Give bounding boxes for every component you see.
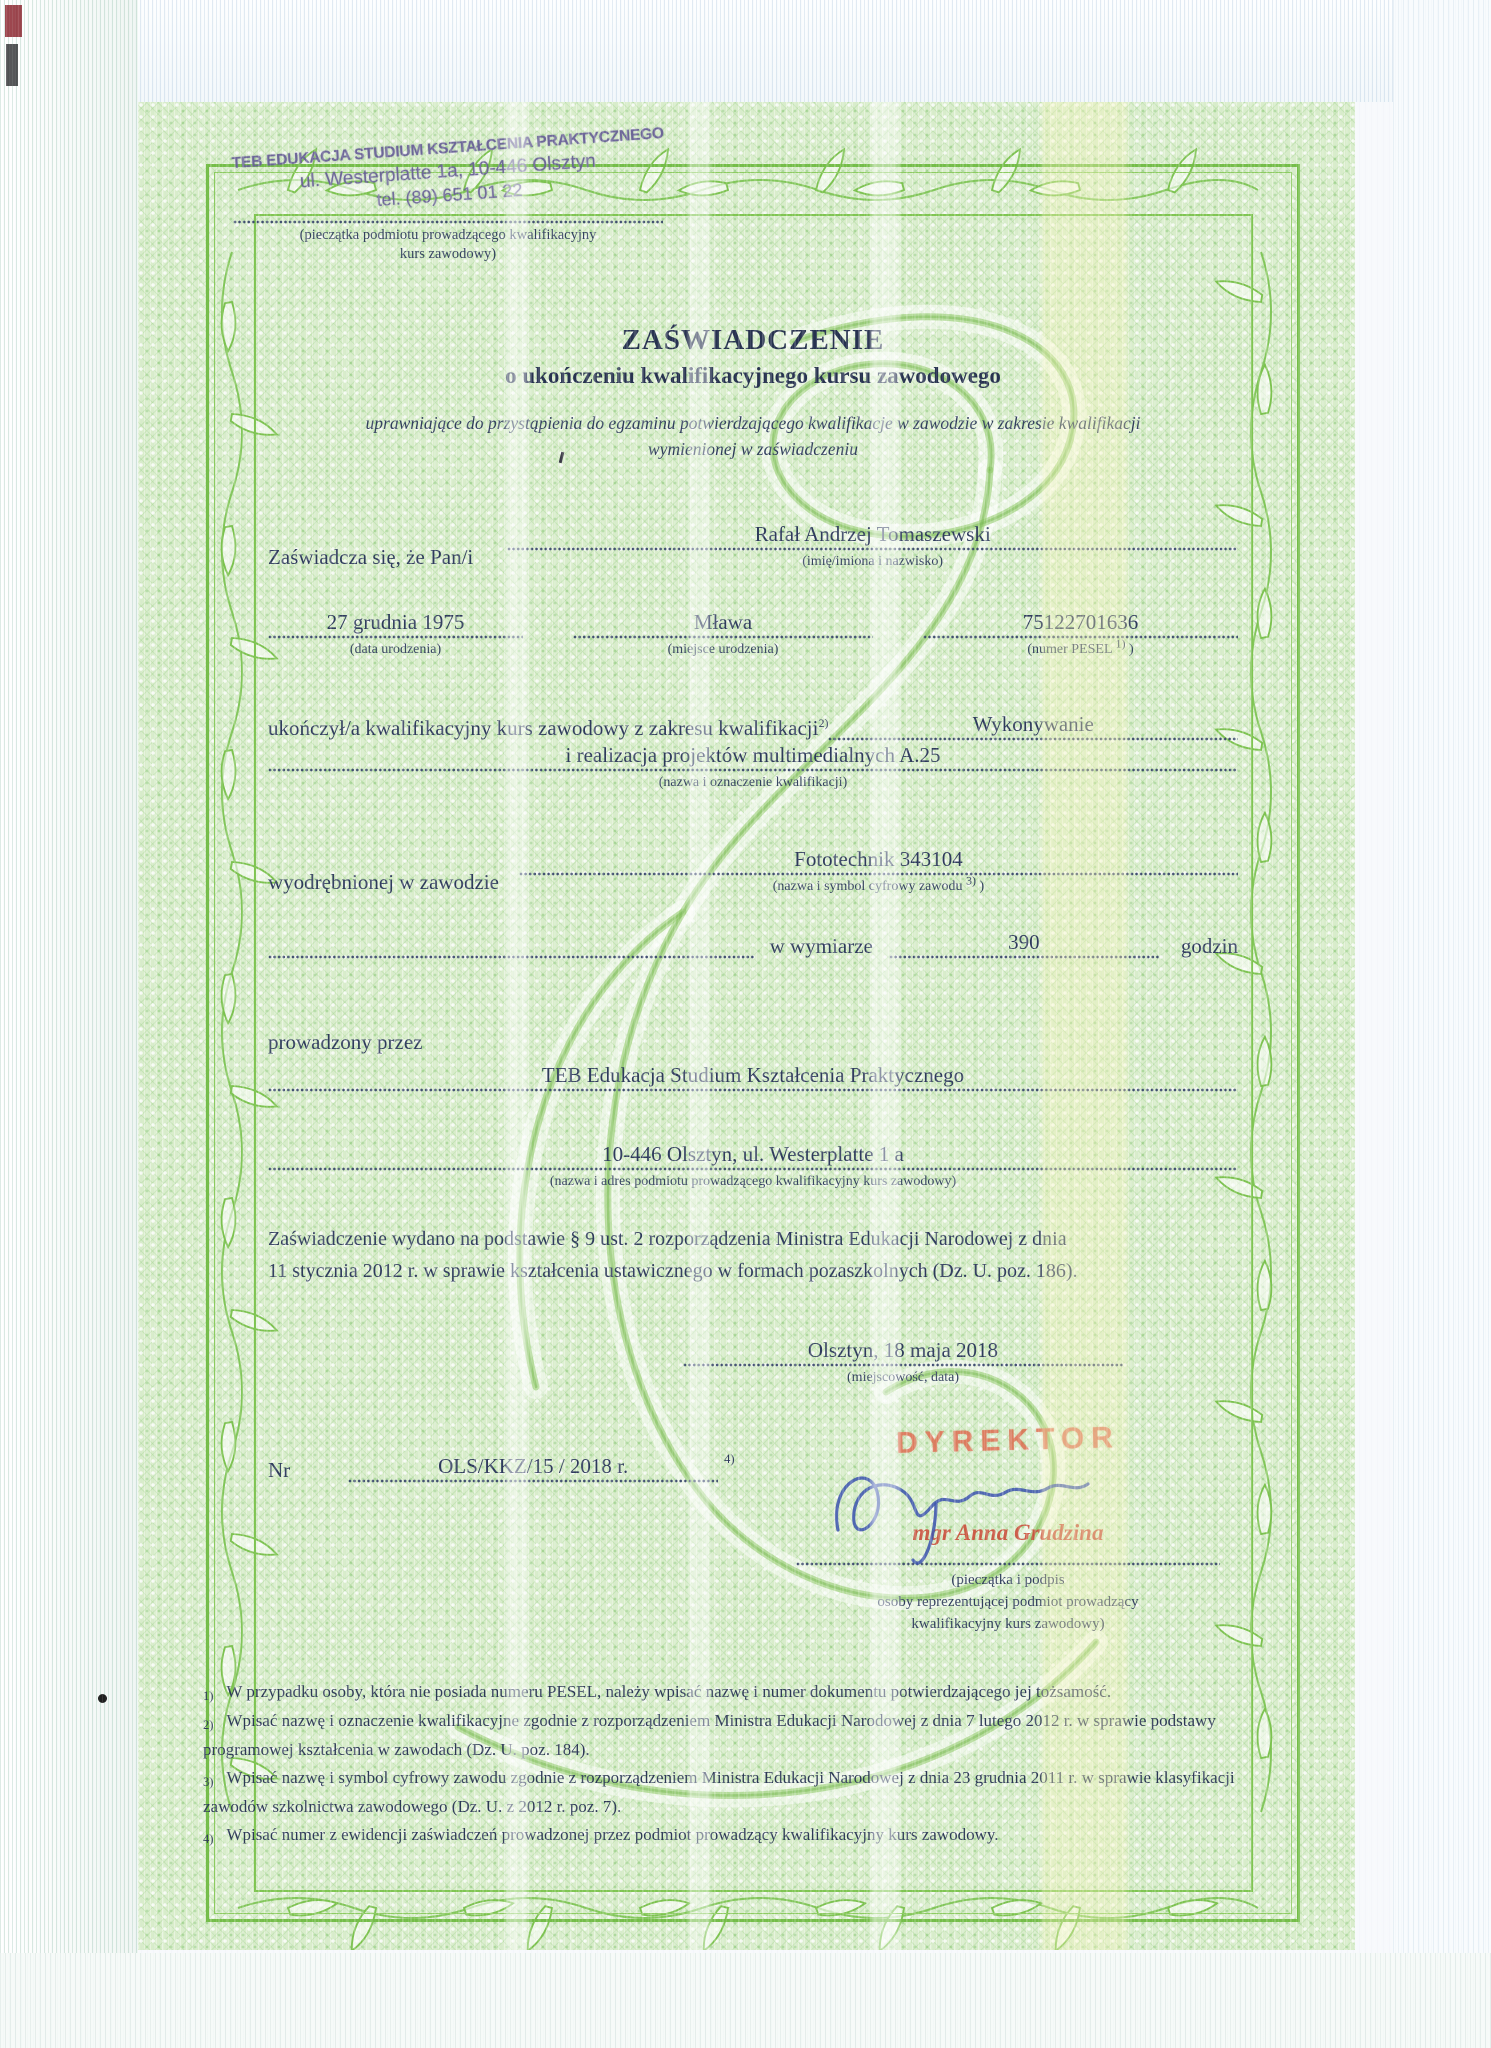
dotted-line xyxy=(268,768,1238,772)
birth-date-caption: (data urodzenia) xyxy=(268,642,523,658)
provider-name-field: TEB Edukacja Studium Kształcenia Praktyc… xyxy=(268,1063,1238,1092)
hours-row: w wymiarze 390 godzin xyxy=(268,930,1238,959)
qualification-block: ukończył/a kwalifikacyjny kurs zawodowy … xyxy=(268,712,1238,791)
certificate-subtitle: o ukończeniu kwalifikacyjnego kursu zawo… xyxy=(268,363,1238,389)
dotted-line xyxy=(348,1479,718,1483)
pesel-caption: (numer PESEL 1) ) xyxy=(923,642,1238,658)
hours-value: 390 xyxy=(889,930,1159,955)
footnote-4-ref: 4) xyxy=(203,1832,213,1846)
holder-name-row: Zaświadcza się, że Pan/i Rafał Andrzej T… xyxy=(268,522,1238,570)
provider-block: prowadzony przez TEB Edukacja Studium Ks… xyxy=(268,1030,1238,1092)
scan-artifact-top xyxy=(0,0,1491,102)
conducted-by-label: prowadzony przez xyxy=(268,1030,1238,1055)
provider-caption: (nazwa i adres podmiotu prowadzącego kwa… xyxy=(268,1174,1238,1190)
margin-dot xyxy=(98,1694,107,1703)
footnote-2-text: Wpisać nazwę i oznaczenie kwalifikacyjne… xyxy=(203,1711,1216,1759)
completed-label-text: ukończył/a kwalifikacyjny kurs zawodowy … xyxy=(268,716,818,740)
dotted-line xyxy=(268,635,523,639)
profession-caption-text: (nazwa i symbol cyfrowy zawodu xyxy=(773,879,963,894)
dotted-line xyxy=(507,547,1238,551)
footnote-ref-4: 4) xyxy=(724,1452,734,1467)
scan-artifact-bottom xyxy=(0,1953,1491,2048)
qualification-caption: (nazwa i oznaczenie kwalifikacji) xyxy=(268,775,1238,791)
birth-place-value: Mława xyxy=(573,610,873,635)
handwritten-signature xyxy=(820,1434,1130,1584)
footnote-2: 2)Wpisać nazwę i oznaczenie kwalifikacyj… xyxy=(203,1707,1278,1764)
stamp-caption: (pieczątka podmiotu prowadzącego kwalifi… xyxy=(233,226,663,264)
preamble: uprawniające do przystąpienia do egzamin… xyxy=(268,410,1238,463)
footnote-4: 4)Wpisać numer z ewidencji zaświadczeń p… xyxy=(203,1821,1278,1850)
holder-name-value: Rafał Andrzej Tomaszewski xyxy=(507,522,1238,547)
footnote-3: 3)Wpisać nazwę i symbol cyfrowy zawodu z… xyxy=(203,1764,1278,1821)
number-value: OLS/KKZ/15 / 2018 r. xyxy=(348,1454,718,1479)
scanner-edge-mark xyxy=(6,44,18,86)
completed-label: ukończył/a kwalifikacyjny kurs zawodowy … xyxy=(268,716,828,741)
birth-place-caption: (miejsce urodzenia) xyxy=(573,642,873,658)
legal-basis-paragraph: Zaświadczenie wydano na podstawie § 9 us… xyxy=(268,1224,1238,1287)
number-field: OLS/KKZ/15 / 2018 r. xyxy=(348,1454,718,1483)
scan-artifact-left xyxy=(0,0,138,2048)
legal-line1: Zaświadczenie wydano na podstawie § 9 us… xyxy=(268,1228,1067,1250)
birth-date-field: 27 grudnia 1975 (data urodzenia) xyxy=(268,610,523,658)
profession-caption-close: ) xyxy=(976,879,984,894)
title-block: ZAŚWIADCZENIE o ukończeniu kwalifikacyjn… xyxy=(268,324,1238,389)
signature-caption-line3: kwalifikacyjny kurs zawodowy) xyxy=(911,1616,1104,1632)
footnote-ref-2: 2) xyxy=(818,716,828,730)
provider-address-field: 10-446 Olsztyn, ul. Westerplatte 1 a (na… xyxy=(268,1142,1238,1190)
hours-field: 390 xyxy=(889,930,1159,959)
qualification-field-line1: Wykonywanie xyxy=(828,712,1238,741)
dotted-line xyxy=(683,1363,1123,1367)
dotted-line xyxy=(573,635,873,639)
profession-caption: (nazwa i symbol cyfrowy zawodu 3) ) xyxy=(519,879,1238,895)
certificate-content: TEB EDUKACJA STUDIUM KSZTAŁCENIA PRAKTYC… xyxy=(268,102,1238,1950)
dotted-line xyxy=(889,955,1159,959)
qualification-value-line1: Wykonywanie xyxy=(828,712,1238,737)
stamp-caption-line2: kurs zawodowy) xyxy=(400,246,496,262)
signature-block: DYREKTOR mgr Anna Grudzina (pieczątka i … xyxy=(768,1424,1248,1635)
place-date-field: Olsztyn, 18 maja 2018 (miejscowość, data… xyxy=(683,1338,1123,1386)
certificate-title: ZAŚWIADCZENIE xyxy=(268,324,1238,357)
holder-name-caption: (imię/imiona i nazwisko) xyxy=(507,554,1238,570)
footnote-3-ref: 3) xyxy=(203,1775,213,1789)
legal-line2: 11 stycznia 2012 r. w sprawie kształceni… xyxy=(268,1260,1078,1282)
rubber-stamp: TEB EDUKACJA STUDIUM KSZTAŁCENIA PRAKTYC… xyxy=(231,125,665,221)
scan-artifact-right xyxy=(1393,0,1491,2048)
dotted-line xyxy=(268,955,754,959)
profession-row: wyodrębnionej w zawodzie Fototechnik 343… xyxy=(268,847,1238,895)
dotted-line xyxy=(923,635,1238,639)
dotted-line xyxy=(828,737,1238,741)
qualification-row1: ukończył/a kwalifikacyjny kurs zawodowy … xyxy=(268,712,1238,741)
dotted-line xyxy=(268,1167,1238,1171)
footnote-1: 1)W przypadku osoby, która nie posiada n… xyxy=(203,1678,1278,1707)
preamble-line1: uprawniające do przystąpienia do egzamin… xyxy=(366,413,1141,433)
provider-name-value: TEB Edukacja Studium Kształcenia Praktyc… xyxy=(268,1063,1238,1088)
profession-label: wyodrębnionej w zawodzie xyxy=(268,870,519,895)
certificate-sheet: TEB EDUKACJA STUDIUM KSZTAŁCENIA PRAKTYC… xyxy=(138,102,1355,1950)
footnote-2-ref: 2) xyxy=(203,1718,213,1732)
pesel-value: 75122701636 xyxy=(923,610,1238,635)
pesel-caption-close: ) xyxy=(1125,642,1133,657)
holder-name-field: Rafał Andrzej Tomaszewski (imię/imiona i… xyxy=(507,522,1238,570)
pesel-field: 75122701636 (numer PESEL 1) ) xyxy=(923,610,1238,658)
pesel-caption-text: (numer PESEL xyxy=(1027,642,1112,657)
profession-value: Fototechnik 343104 xyxy=(519,847,1238,872)
footnote-1-text: W przypadku osoby, która nie posiada num… xyxy=(226,1682,1111,1701)
certifies-label: Zaświadcza się, że Pan/i xyxy=(268,545,507,570)
stamp-caption-line1: (pieczątka podmiotu prowadzącego kwalifi… xyxy=(300,227,597,243)
signature-caption-line2: osoby reprezentującej podmiot prowadzący xyxy=(877,1594,1138,1610)
stamp-dotted-line xyxy=(233,220,663,224)
dotted-line xyxy=(268,1088,1238,1092)
hours-label: w wymiarze xyxy=(770,934,889,959)
footnote-3-text: Wpisać nazwę i symbol cyfrowy zawodu zgo… xyxy=(203,1768,1235,1816)
footnote-1-ref: 1) xyxy=(203,1689,213,1703)
preamble-line2: wymienionej w zaświadczeniu xyxy=(648,439,858,459)
profession-field: Fototechnik 343104 (nazwa i symbol cyfro… xyxy=(519,847,1238,895)
footnotes-block: 1)W przypadku osoby, która nie posiada n… xyxy=(203,1678,1278,1850)
footnote-ref-3: 3) xyxy=(966,873,976,887)
birth-place-field: Mława (miejsce urodzenia) xyxy=(573,610,873,658)
footnote-4-text: Wpisać numer z ewidencji zaświadczeń pro… xyxy=(226,1825,998,1844)
qualification-field-line2: i realizacja projektów multimedialnych A… xyxy=(268,743,1238,791)
scanned-certificate-page: TEB EDUKACJA STUDIUM KSZTAŁCENIA PRAKTYC… xyxy=(0,0,1491,2048)
place-date-value: Olsztyn, 18 maja 2018 xyxy=(683,1338,1123,1363)
dotted-line xyxy=(519,872,1238,876)
qualification-value-line2: i realizacja projektów multimedialnych A… xyxy=(268,743,1238,768)
scanner-edge-mark xyxy=(5,5,22,37)
footnote-ref-1: 1) xyxy=(1115,636,1125,650)
number-label: Nr xyxy=(268,1458,348,1483)
hours-unit: godzin xyxy=(1159,934,1238,959)
personal-data-row: 27 grudnia 1975 (data urodzenia) Mława (… xyxy=(268,610,1238,658)
provider-address-value: 10-446 Olsztyn, ul. Westerplatte 1 a xyxy=(268,1142,1238,1167)
place-date-caption: (miejscowość, data) xyxy=(683,1370,1123,1386)
birth-date-value: 27 grudnia 1975 xyxy=(268,610,523,635)
provider-stamp-block: TEB EDUKACJA STUDIUM KSZTAŁCENIA PRAKTYC… xyxy=(233,140,663,264)
